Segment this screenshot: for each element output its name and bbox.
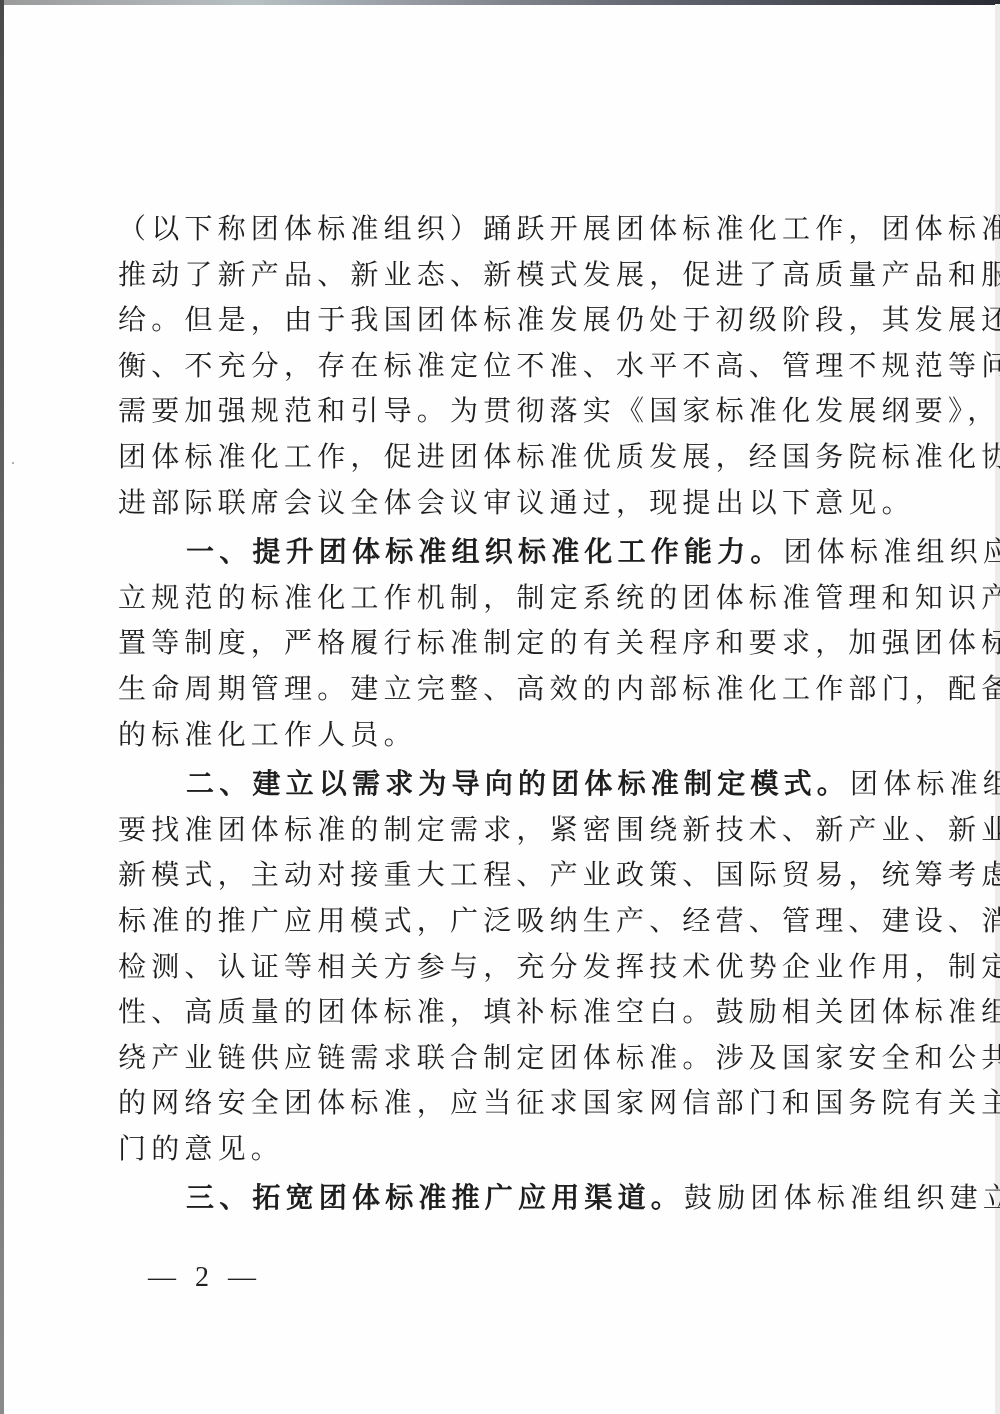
section-heading: 三、拓宽团体标准推广应用渠道。 [186, 1181, 684, 1214]
body-line: 给。但是，由于我国团体标准发展仍处于初级阶段，其发展还不平 [118, 297, 878, 343]
body-line: 生命周期管理。建立完整、高效的内部标准化工作部门，配备专职 [118, 666, 878, 712]
body-line: 衡、不充分，存在标准定位不准、水平不高、管理不规范等问题， [118, 343, 878, 389]
body-line: 新模式，主动对接重大工程、产业政策、国际贸易，统筹考虑团体 [118, 852, 878, 898]
body-line: 门的意见。 [118, 1126, 878, 1172]
section-text: 鼓励团体标准组织建立标准 [684, 1181, 1000, 1214]
section-heading: 二、建立以需求为导向的团体标准制定模式。 [186, 767, 850, 800]
body-line: 要找准团体标准的制定需求，紧密围绕新技术、新产业、新业态、 [118, 807, 878, 853]
scan-edge-top [0, 0, 1000, 5]
body-line: 性、高质量的团体标准，填补标准空白。鼓励相关团体标准组织围 [118, 989, 878, 1035]
section-text: 团体标准组织应当建 [784, 535, 1000, 568]
section-text: 团体标准组织 [850, 767, 1000, 800]
body-line: 标准的推广应用模式，广泛吸纳生产、经营、管理、建设、消费、 [118, 898, 878, 944]
body-line: 的网络安全团体标准，应当征求国家网信部门和国务院有关主管部 [118, 1080, 878, 1126]
section-3-first-line: 三、拓宽团体标准推广应用渠道。鼓励团体标准组织建立标准 [118, 1175, 878, 1221]
body-line: （以下称团体标准组织）踊跃开展团体标准化工作，团体标准有力 [118, 206, 878, 252]
page-number: — 2 — [148, 1262, 262, 1294]
body-line: 进部际联席会议全体会议审议通过，现提出以下意见。 [118, 480, 878, 526]
document-page: （以下称团体标准组织）踊跃开展团体标准化工作，团体标准有力 推动了新产品、新业态… [0, 0, 1000, 1414]
body-line: 绕产业链供应链需求联合制定团体标准。涉及国家安全和公共利益 [118, 1035, 878, 1081]
document-body: （以下称团体标准组织）踊跃开展团体标准化工作，团体标准有力 推动了新产品、新业态… [118, 206, 878, 1221]
body-line: 立规范的标准化工作机制，制定系统的团体标准管理和知识产权处 [118, 575, 878, 621]
section-heading: 一、提升团体标准组织标准化工作能力。 [186, 535, 784, 568]
scan-edge-left [0, 0, 4, 1414]
body-line: 置等制度，严格履行标准制定的有关程序和要求，加强团体标准全 [118, 620, 878, 666]
body-line: 检测、认证等相关方参与，充分发挥技术优势企业作用，制定原创 [118, 944, 878, 990]
body-line: 需要加强规范和引导。为贯彻落实《国家标准化发展纲要》，规范 [118, 388, 878, 434]
section-2-first-line: 二、建立以需求为导向的团体标准制定模式。团体标准组织 [118, 761, 878, 807]
scan-speck [12, 462, 14, 464]
body-line: 推动了新产品、新业态、新模式发展，促进了高质量产品和服务供 [118, 252, 878, 298]
body-line: 的标准化工作人员。 [118, 712, 878, 758]
body-line: 团体标准化工作，促进团体标准优质发展，经国务院标准化协调推 [118, 434, 878, 480]
section-1-first-line: 一、提升团体标准组织标准化工作能力。团体标准组织应当建 [118, 529, 878, 575]
